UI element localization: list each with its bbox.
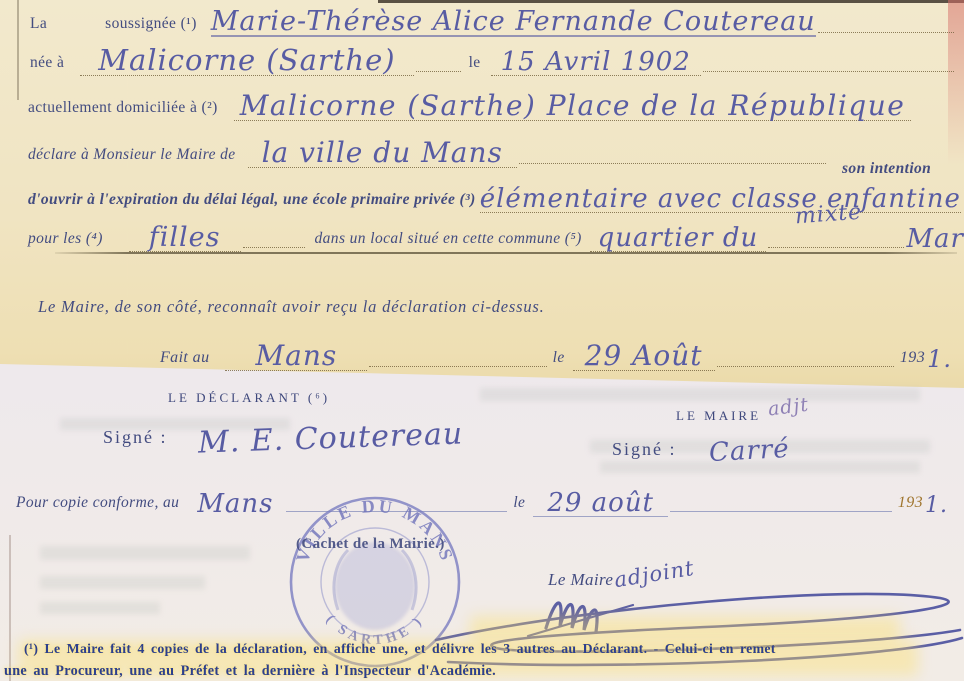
maire-signature-handwriting: Carré xyxy=(708,436,790,466)
declarant-signature-handwriting: M. E. Coutereau xyxy=(197,419,463,458)
copy-place-handwriting: Mans xyxy=(187,491,283,517)
fait-place-handwriting: Mans xyxy=(225,342,367,371)
bleed-through-text xyxy=(480,388,920,401)
domicile-label: actuellement domiciliée à (²) xyxy=(28,99,218,117)
copy-date-handwriting: 29 août xyxy=(533,490,668,517)
fait-le-label: le xyxy=(553,349,565,367)
signe-label: Signé : xyxy=(103,427,168,448)
bleed-through-text xyxy=(40,546,250,560)
bleed-through-text xyxy=(40,602,160,614)
form-line-declare: déclare à Monsieur le Maire de la ville … xyxy=(28,139,828,168)
copy-year-handwriting: 1. xyxy=(925,495,948,517)
copy-le-label: le xyxy=(513,494,525,512)
signe-label: Signé : xyxy=(612,439,677,460)
rule-line xyxy=(768,247,904,248)
domicile-handwriting: Malicorne (Sarthe) Place de la Républiqu… xyxy=(234,92,912,121)
rule-line xyxy=(703,71,954,72)
form-line-pour: pour les (⁴) filles dans un local situé … xyxy=(28,224,964,252)
fold-line-top-left xyxy=(17,0,19,100)
declarant-full-name-handwriting: Marie-Thérèse Alice Fernande Coutereau xyxy=(211,8,816,37)
son-intention-label: son intention xyxy=(842,160,931,178)
rule-line xyxy=(519,163,826,164)
copy-label: Pour copie conforme, au xyxy=(16,494,179,512)
bleed-through-text xyxy=(40,576,205,589)
rule-line xyxy=(416,71,461,72)
local-label: dans un local situé en cette commune (⁵) xyxy=(315,230,582,248)
form-line-domicile: actuellement domiciliée à (²) Malicorne … xyxy=(28,92,964,121)
birth-place-handwriting: Malicorne (Sarthe) xyxy=(80,46,413,76)
commune-handwriting: la ville du Mans xyxy=(248,139,517,168)
copy-year-printed: 193 xyxy=(898,494,923,512)
declarant-heading: LE DÉCLARANT (⁶) xyxy=(168,390,330,406)
quartier-name-handwriting: Mar xyxy=(906,226,964,252)
fait-au-row: Fait au Mans le 29 Août 193 1. xyxy=(160,342,952,371)
quartier-handwriting: quartier du xyxy=(590,225,767,252)
nee-le-label: le xyxy=(469,54,481,72)
pupils-handwriting: filles xyxy=(129,224,241,252)
section-divider xyxy=(55,252,957,254)
fait-label: Fait au xyxy=(160,349,209,367)
soussignee-word1: La xyxy=(30,15,47,33)
footnote-line1: (¹) Le Maire fait 4 copies de la déclara… xyxy=(24,641,776,657)
footnote-line2: une au Procureur, une au Préfet et la de… xyxy=(4,663,496,680)
rule-line xyxy=(717,366,894,367)
stamp-caption: (Cachet de la Mairie.) xyxy=(296,536,445,553)
scan-edge-top xyxy=(378,0,964,3)
fait-year-printed: 193 xyxy=(900,349,925,367)
soussignee-word2: soussignée (¹) xyxy=(105,15,197,33)
rule-line xyxy=(243,247,305,248)
nee-label: née à xyxy=(30,54,64,72)
rule-line xyxy=(369,366,546,367)
school-type-handwriting: élémentaire avec classe enfantine xyxy=(480,186,961,213)
form-line-soussignee: La soussignée (¹) Marie-Thérèse Alice Fe… xyxy=(30,8,956,37)
fait-year-handwriting: 1. xyxy=(927,347,952,371)
declare-label: déclare à Monsieur le Maire de xyxy=(28,146,236,164)
maire-heading-note-handwriting: adjt xyxy=(767,396,810,420)
footnote-highlight xyxy=(470,616,900,642)
maire-signature-row: Signé : Carré xyxy=(612,438,789,464)
fold-line-bottom-left xyxy=(9,535,11,681)
declarant-signature-row: Signé : M. E. Coutereau xyxy=(103,424,463,454)
ouvrir-label: d'ouvrir à l'expiration du délai légal, … xyxy=(28,191,476,209)
rule-line xyxy=(818,32,954,33)
copy-conforme-row: Pour copie conforme, au Mans le 29 août … xyxy=(16,490,948,517)
stamp-coat-of-arms xyxy=(335,542,415,630)
pour-label: pour les (⁴) xyxy=(28,230,103,248)
scanned-declaration-document: La soussignée (¹) Marie-Thérèse Alice Fe… xyxy=(0,0,964,681)
mayor-acknowledgement-text: Le Maire, de son côté, reconnaît avoir r… xyxy=(38,298,545,317)
birth-date-handwriting: 15 Avril 1902 xyxy=(491,49,701,76)
form-line-nee: née à Malicorne (Sarthe) le 15 Avril 190… xyxy=(30,46,956,76)
fait-date-handwriting: 29 Août xyxy=(573,342,715,371)
mixte-insertion-handwriting: mixte xyxy=(794,202,863,229)
maire-heading: LE MAIRE xyxy=(676,408,761,424)
rule-line xyxy=(670,511,892,512)
